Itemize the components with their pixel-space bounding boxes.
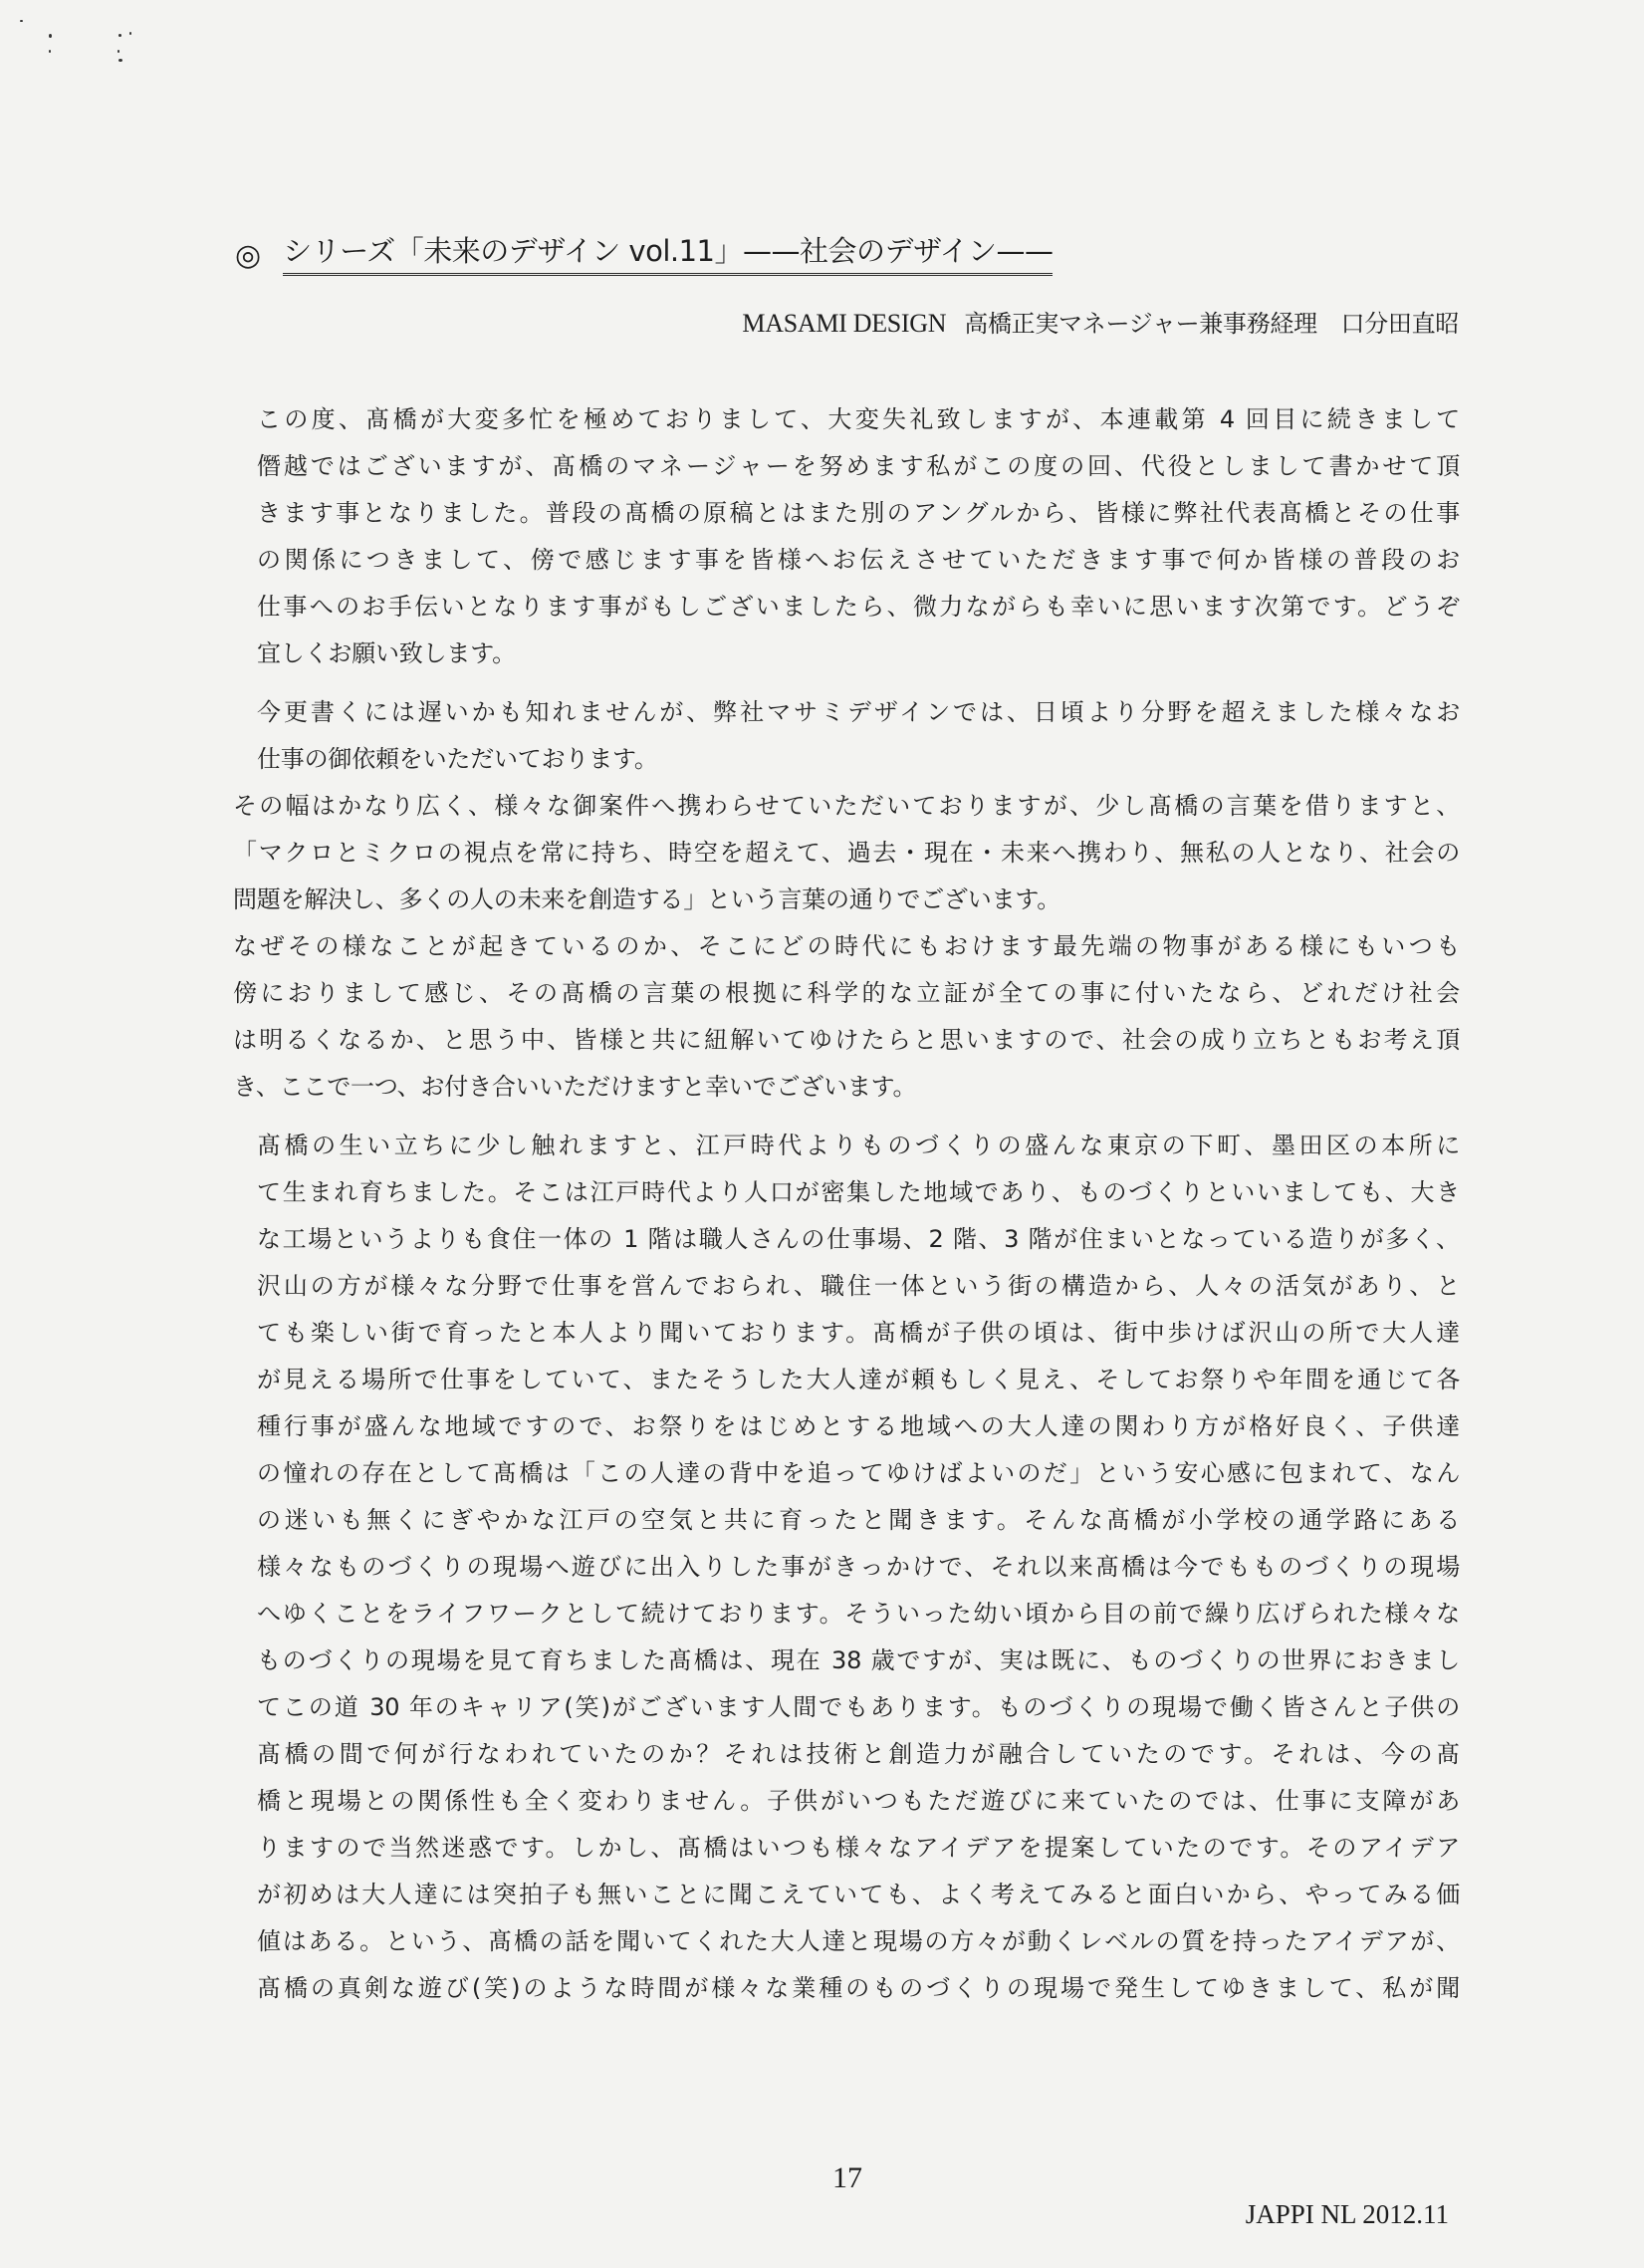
author-byline: MASAMI DESIGN高橋正実マネージャー兼事務経理 口分田直昭 [742, 304, 1459, 344]
text-line: の関係につきまして、傍で感じます事を皆様へお伝えさせていただきます事で何か皆様の… [233, 537, 1460, 584]
text-line: へゆくことをライフワークとして続けております。そういった幼い頃から目の前で繰り広… [233, 1591, 1460, 1638]
article-body: この度、髙橋が大変多忙を極めておりまして、大変失礼致しますが、本連載第 4 回目… [233, 396, 1460, 2012]
paragraph-5: 髙橋の生い立ちに少し触れますと、江戸時代よりものづくりの盛んな東京の下町、墨田区… [233, 1123, 1460, 2012]
paragraph-4: なぜその様なことが起きているのか、そこにどの時代にもおけます最先端の物事がある様… [233, 923, 1460, 1111]
text-line: 今更書くには遅いかも知れませんが、弊社マサミデザインでは、日頃より分野を超えまし… [233, 689, 1460, 736]
text-line: この度、髙橋が大変多忙を極めておりまして、大変失礼致しますが、本連載第 4 回目… [233, 396, 1460, 443]
paragraph-2: 今更書くには遅いかも知れませんが、弊社マサミデザインでは、日頃より分野を超えまし… [233, 689, 1460, 783]
double-circle-icon: ◎ [235, 236, 261, 276]
text-line: が見える場所で仕事をしていて、またそうした大人達が頼もしく見え、そしてお祭りや年… [233, 1357, 1460, 1403]
text-line: 橋と現場との関係性も全く変わりません。子供がいつもただ遊びに来ていたのでは、仕事… [233, 1778, 1460, 1825]
text-line: の迷いも無くにぎやかな江戸の空気と共に育ったと聞きます。そんな髙橋が小学校の通学… [233, 1497, 1460, 1544]
scan-specks [0, 0, 139, 70]
text-line: 傍におりまして感じ、その髙橋の言葉の根拠に科学的な立証が全ての事に付いたなら、ど… [233, 970, 1460, 1017]
text-line: きます事となりました。普段の髙橋の原稿とはまた別のアングルから、皆様に弊社代表髙… [233, 490, 1460, 537]
text-line: ても楽しい街で育ったと本人より聞いております。髙橋が子供の頃は、街中歩けば沢山の… [233, 1310, 1460, 1357]
text-line: りますので当然迷惑です。しかし、髙橋はいつも様々なアイデアを提案していたのです。… [233, 1825, 1460, 1872]
text-line: は明るくなるか、と思う中、皆様と共に紐解いてゆけたらと思いますので、社会の成り立… [233, 1017, 1460, 1064]
text-line: てこの道 30 年のキャリア(笑)がございます人間でもあります。ものづくりの現場… [233, 1684, 1460, 1731]
text-line: その幅はかなり広く、様々な御案件へ携わらせていただいておりますが、少し髙橋の言葉… [233, 783, 1460, 830]
text-line: 宜しくお願い致します。 [233, 630, 1460, 677]
text-line: 仕事の御依頼をいただいております。 [233, 736, 1460, 783]
text-line: 問題を解決し、多くの人の未来を創造する」という言葉の通りでございます。 [233, 877, 1460, 923]
paragraph-3: その幅はかなり広く、様々な御案件へ携わらせていただいておりますが、少し髙橋の言葉… [233, 783, 1460, 923]
article-title: シリーズ「未来のデザイン vol.11」——社会のデザイン—— [283, 231, 1053, 276]
text-line: 様々なものづくりの現場へ遊びに出入りした事がきっかけで、それ以来髙橋は今でももの… [233, 1544, 1460, 1591]
publication-label: JAPPI NL 2012.11 [1246, 2199, 1449, 2230]
author-organization: MASAMI DESIGN [742, 309, 946, 338]
page-number: 17 [832, 2161, 862, 2195]
text-line: 仕事へのお手伝いとなります事がもしございましたら、微力ながらも幸いに思います次第… [233, 584, 1460, 630]
text-line: て生まれ育ちました。そこは江戸時代より人口が密集した地域であり、ものづくりといい… [233, 1169, 1460, 1216]
paragraph-1: この度、髙橋が大変多忙を極めておりまして、大変失礼致しますが、本連載第 4 回目… [233, 396, 1460, 677]
text-line: 「マクロとミクロの視点を常に持ち、時空を超えて、過去・現在・未来へ携わり、無私の… [233, 830, 1460, 877]
text-line: 沢山の方が様々な分野で仕事を営んでおられ、職住一体という街の構造から、人々の活気… [233, 1263, 1460, 1310]
text-line: 髙橋の真剣な遊び(笑)のような時間が様々な業種のものづくりの現場で発生してゆきま… [233, 1965, 1460, 2012]
text-line: き、ここで一つ、お付き合いいただけますと幸いでございます。 [233, 1064, 1460, 1111]
text-line: 髙橋の間で何が行なわれていたのか？それは技術と創造力が融合していたのです。それは… [233, 1731, 1460, 1778]
document-page: ◎ シリーズ「未来のデザイン vol.11」——社会のデザイン—— MASAMI… [0, 0, 1644, 2268]
text-line: なぜその様なことが起きているのか、そこにどの時代にもおけます最先端の物事がある様… [233, 923, 1460, 970]
author-role-name: 高橋正実マネージャー兼事務経理 口分田直昭 [964, 310, 1459, 338]
text-line: 値はある。という、髙橋の話を聞いてくれた大人達と現場の方々が動くレベルの質を持っ… [233, 1918, 1460, 1965]
article-title-row: ◎ シリーズ「未来のデザイン vol.11」——社会のデザイン—— [235, 231, 1053, 276]
text-line: な工場というよりも食住一体の 1 階は職人さんの仕事場、2 階、3 階が住まいと… [233, 1216, 1460, 1263]
text-line: の憧れの存在として髙橋は「この人達の背中を追ってゆけばよいのだ」という安心感に包… [233, 1450, 1460, 1497]
text-line: 種行事が盛んな地域ですので、お祭りをはじめとする地域への大人達の関わり方が格好良… [233, 1403, 1460, 1450]
text-line: 僭越ではございますが、髙橋のマネージャーを努めます私がこの度の回、代役としまして… [233, 443, 1460, 490]
text-line: が初めは大人達には突拍子も無いことに聞こえていても、よく考えてみると面白いから、… [233, 1872, 1460, 1918]
text-line: ものづくりの現場を見て育ちました髙橋は、現在 38 歳ですが、実は既に、ものづく… [233, 1638, 1460, 1684]
text-line: 髙橋の生い立ちに少し触れますと、江戸時代よりものづくりの盛んな東京の下町、墨田区… [233, 1123, 1460, 1169]
